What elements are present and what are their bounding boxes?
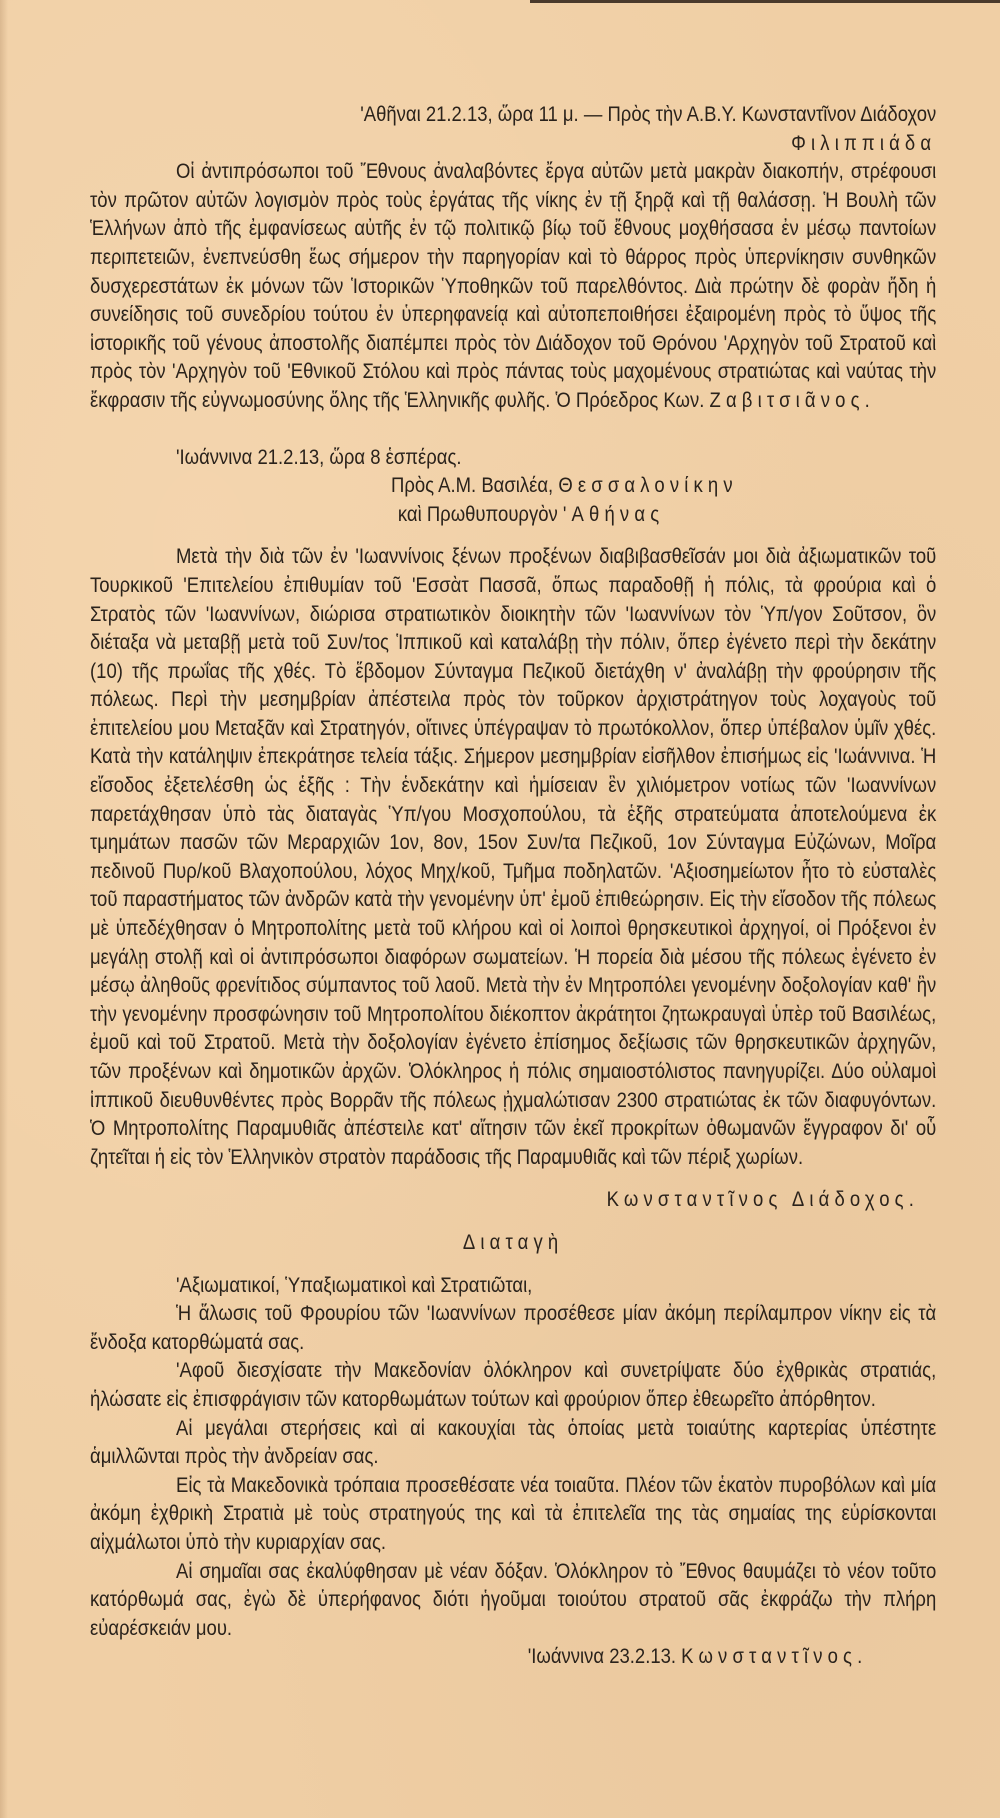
- scan-left-shadow: [0, 0, 8, 1818]
- address1-prefix: Πρὸς Α.Μ. Βασιλέα,: [391, 473, 558, 497]
- order-closing: 'Ιωάννινα 23.2.13. Κωνσταντῖνος.: [90, 1642, 936, 1671]
- telegram2-address-line1: Πρὸς Α.Μ. Βασιλέα, Θεσσαλονίκην: [90, 471, 936, 500]
- order-title: Διαταγὴ: [90, 1228, 936, 1257]
- telegram1-destination: Φιλιππιάδα: [90, 129, 936, 158]
- telegram2-signature: Κωνσταντῖνος Διάδοχος.: [90, 1185, 936, 1214]
- closing-signature: Κωνσταντῖνος.: [681, 1644, 867, 1668]
- address1-city: Θεσσαλονίκην: [558, 473, 737, 497]
- telegram1-header: 'Αθῆναι 21.2.13, ὥρα 11 μ. — Πρὸς τὴν Α.…: [90, 100, 936, 129]
- order-paragraph: Αἱ σημαῖαι σας ἐκαλύφθησαν μὲ νέαν δόξαν…: [90, 1557, 936, 1643]
- order-paragraph: 'Αφοῦ διεσχίσατε τὴν Μακεδονίαν ὁλόκληρο…: [90, 1356, 936, 1413]
- closing-place-date: 'Ιωάννινα 23.2.13.: [528, 1644, 681, 1668]
- telegram2-header: 'Ιωάννινα 21.2.13, ὥρα 8 ἑσπέρας.: [90, 443, 936, 472]
- address2-city: 'Αθήνας: [563, 502, 664, 526]
- telegram2-body: Μετὰ τὴν διὰ τῶν ἐν 'Ιωαννίνοις ξένων πρ…: [90, 542, 936, 1171]
- order-paragraph: Ἡ ἅλωσις τοῦ Φρουρίου τῶν 'Ιωαννίνων προ…: [90, 1299, 936, 1356]
- scan-edge-shadow: [530, 0, 1000, 3]
- scanned-page: 'Αθῆναι 21.2.13, ὥρα 11 μ. — Πρὸς τὴν Α.…: [0, 0, 1000, 1818]
- telegram1-body-text: Οἱ ἀντιπρόσωποι τοῦ Ἔθνους ἀναλαβόντες ἔ…: [90, 159, 936, 412]
- address2-prefix: καὶ Πρωθυπουργὸν: [398, 502, 563, 526]
- telegram1-signature: Ζαβιτσιᾶνος.: [709, 388, 874, 412]
- document-content: 'Αθῆναι 21.2.13, ὥρα 11 μ. — Πρὸς τὴν Α.…: [90, 50, 818, 1671]
- order-paragraph: Αἱ μεγάλαι στερήσεις καὶ αἱ κακουχίαι τὰ…: [90, 1414, 936, 1471]
- order-salutation: 'Αξιωματικοί, Ὑπαξιωματικοὶ καὶ Στρατιῶτ…: [90, 1271, 936, 1300]
- telegram1-body: Οἱ ἀντιπρόσωποι τοῦ Ἔθνους ἀναλαβόντες ἔ…: [90, 157, 936, 414]
- telegram2-address-line2: καὶ Πρωθυπουργὸν 'Αθήνας: [90, 500, 936, 529]
- order-paragraph: Εἰς τὰ Μακεδονικὰ τρόπαια προσεθέσατε νέ…: [90, 1471, 936, 1557]
